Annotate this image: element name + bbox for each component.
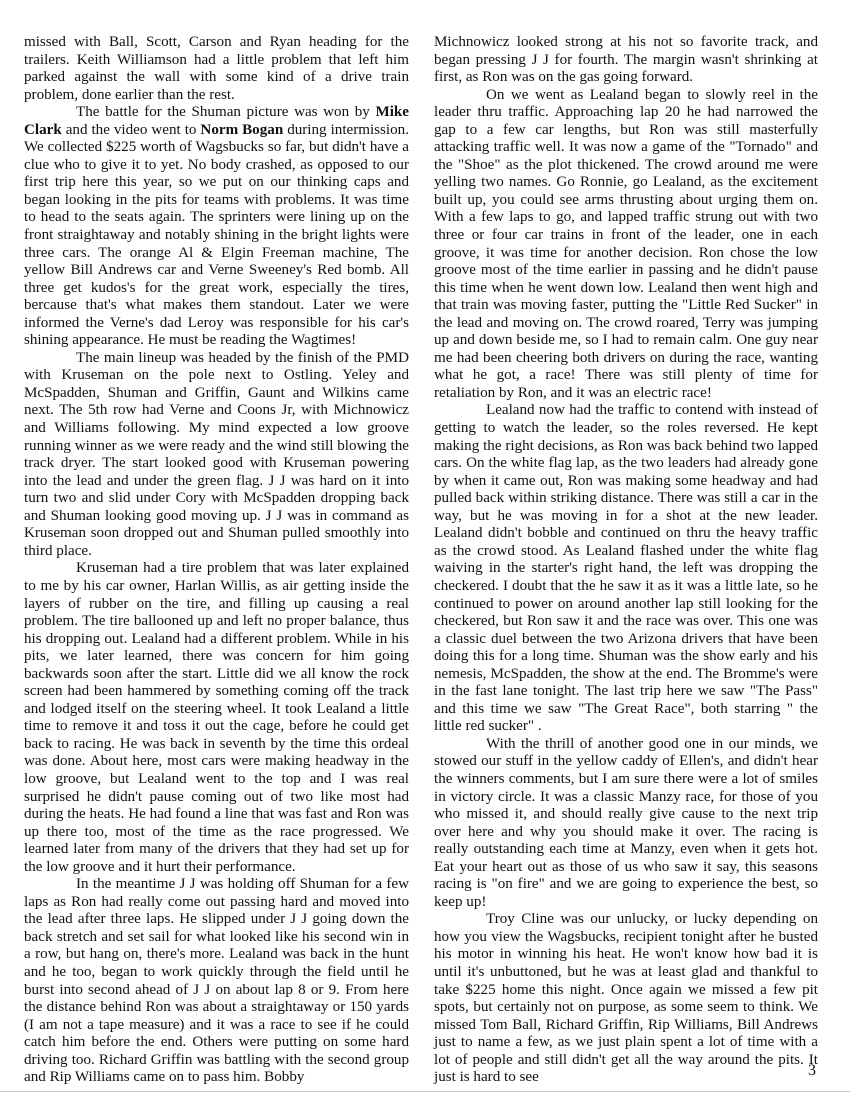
winner-name-bold: Norm Bogan — [200, 122, 283, 138]
paragraph: missed with Ball, Scott, Carson and Ryan… — [24, 34, 409, 104]
text-run: during intermission. We collected $225 w… — [24, 122, 409, 349]
paragraph: Lealand now had the traffic to contend w… — [434, 402, 818, 735]
left-column: missed with Ball, Scott, Carson and Ryan… — [24, 34, 409, 1087]
bottom-rule — [0, 1091, 850, 1092]
right-column: Michnowicz looked strong at his not so f… — [434, 34, 818, 1087]
page-number: 3 — [808, 1062, 816, 1080]
text-run: The battle for the Shuman picture was wo… — [76, 104, 375, 120]
paragraph: Michnowicz looked strong at his not so f… — [434, 34, 818, 87]
document-page: missed with Ball, Scott, Carson and Ryan… — [0, 0, 850, 1100]
paragraph: The battle for the Shuman picture was wo… — [24, 104, 409, 350]
text-run: and the video went to — [62, 122, 201, 138]
paragraph: With the thrill of another good one in o… — [434, 736, 818, 911]
paragraph: Troy Cline was our unlucky, or lucky dep… — [434, 911, 818, 1086]
paragraph: Kruseman had a tire problem that was lat… — [24, 560, 409, 876]
paragraph: In the meantime J J was holding off Shum… — [24, 876, 409, 1087]
paragraph: The main lineup was headed by the finish… — [24, 350, 409, 561]
paragraph: On we went as Lealand began to slowly re… — [434, 87, 818, 403]
